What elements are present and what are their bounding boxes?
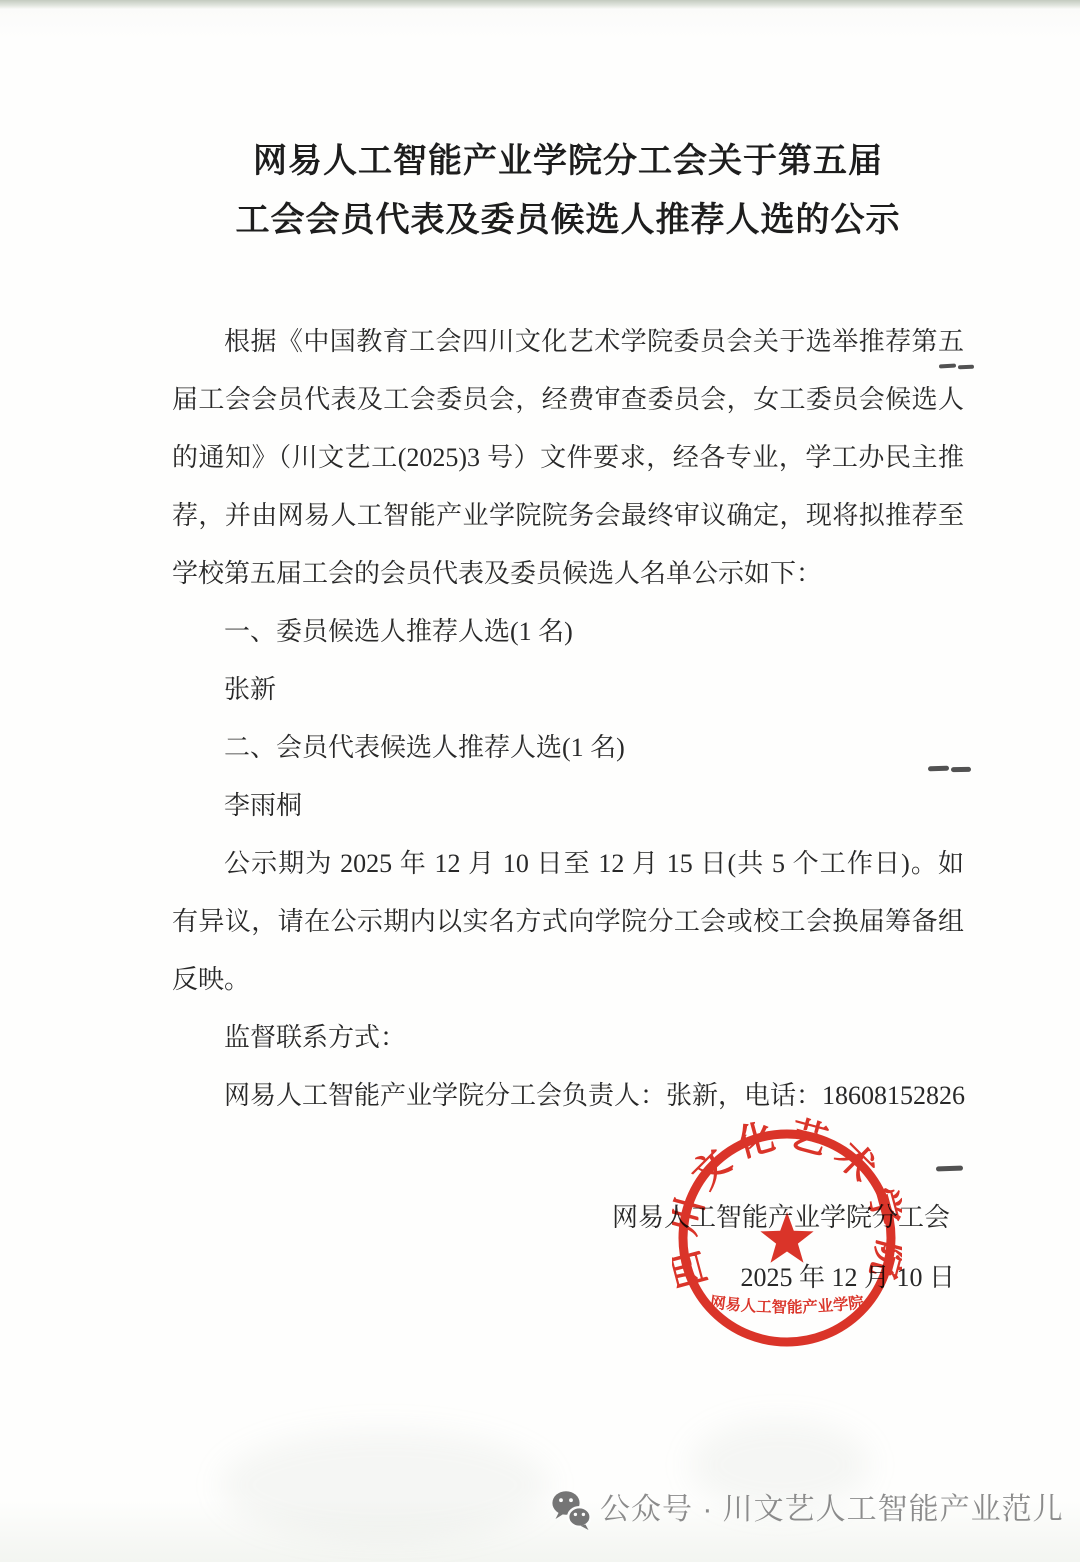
pen-dash-mark xyxy=(936,1166,963,1172)
seal-bottom-text: 网易人工智能产业学院 xyxy=(709,1292,865,1316)
document-title: 网易人工智能产业学院分工会关于第五届 工会会员代表及委员候选人推荐人选的公示 xyxy=(172,132,964,250)
document-line: 李雨桐 xyxy=(172,777,964,835)
official-seal-stamp: 四川文化艺术学院 网易人工智能产业学院 xyxy=(672,1117,902,1359)
scanned-notice-page: 网易人工智能产业学院分工会关于第五届 工会会员代表及委员候选人推荐人选的公示 根… xyxy=(0,0,1080,1562)
document-line: 公示期为 2025 年 12 月 10 日至 12 月 15 日(共 5 个工作… xyxy=(172,835,964,893)
document-line: 张新 xyxy=(172,661,964,719)
paper-bleed-mark xyxy=(220,1430,550,1540)
document-body: 根据《中国教育工会四川文化艺术学院委员会关于选举推荐第五 届工会会员代表及工会委… xyxy=(172,313,964,1125)
document-line: 二、会员代表候选人推荐人选(1 名) xyxy=(172,719,964,777)
title-line-2: 工会会员代表及委员候选人推荐人选的公示 xyxy=(172,191,964,250)
red-star-icon xyxy=(760,1212,813,1263)
document-line: 根据《中国教育工会四川文化艺术学院委员会关于选举推荐第五 xyxy=(172,313,964,371)
document-line: 的通知》（川文艺工(2025)3 号）文件要求，经各专业，学工办民主推 xyxy=(172,429,964,487)
pen-dash-mark xyxy=(958,365,974,370)
seal-arc-text: 四川文化艺术学院 xyxy=(672,1117,902,1292)
title-line-1: 网易人工智能产业学院分工会关于第五届 xyxy=(172,132,964,191)
pen-dash-mark xyxy=(928,766,949,772)
footer-account-text: 公众号 · 川文艺人工智能产业范儿 xyxy=(600,1488,1064,1532)
pen-dash-mark xyxy=(951,767,971,772)
document-line: 学校第五届工会的会员代表及委员候选人名单公示如下： xyxy=(172,545,964,603)
document-line: 届工会会员代表及工会委员会，经费审查委员会，女工委员会候选人 xyxy=(172,371,964,429)
document-line: 荐，并由网易人工智能产业学院院务会最终审议确定，现将拟推荐至 xyxy=(172,487,964,545)
document-line: 监督联系方式： xyxy=(172,1009,964,1067)
document-line: 有异议，请在公示期内以实名方式向学院分工会或校工会换届筹备组 xyxy=(172,893,964,951)
document-line: 反映。 xyxy=(172,951,964,1009)
wechat-icon xyxy=(551,1489,591,1531)
document-line: 一、委员候选人推荐人选(1 名) xyxy=(172,603,964,661)
wechat-footer: 公众号 · 川文艺人工智能产业范儿 xyxy=(551,1488,1064,1532)
scan-top-edge xyxy=(0,0,1080,9)
